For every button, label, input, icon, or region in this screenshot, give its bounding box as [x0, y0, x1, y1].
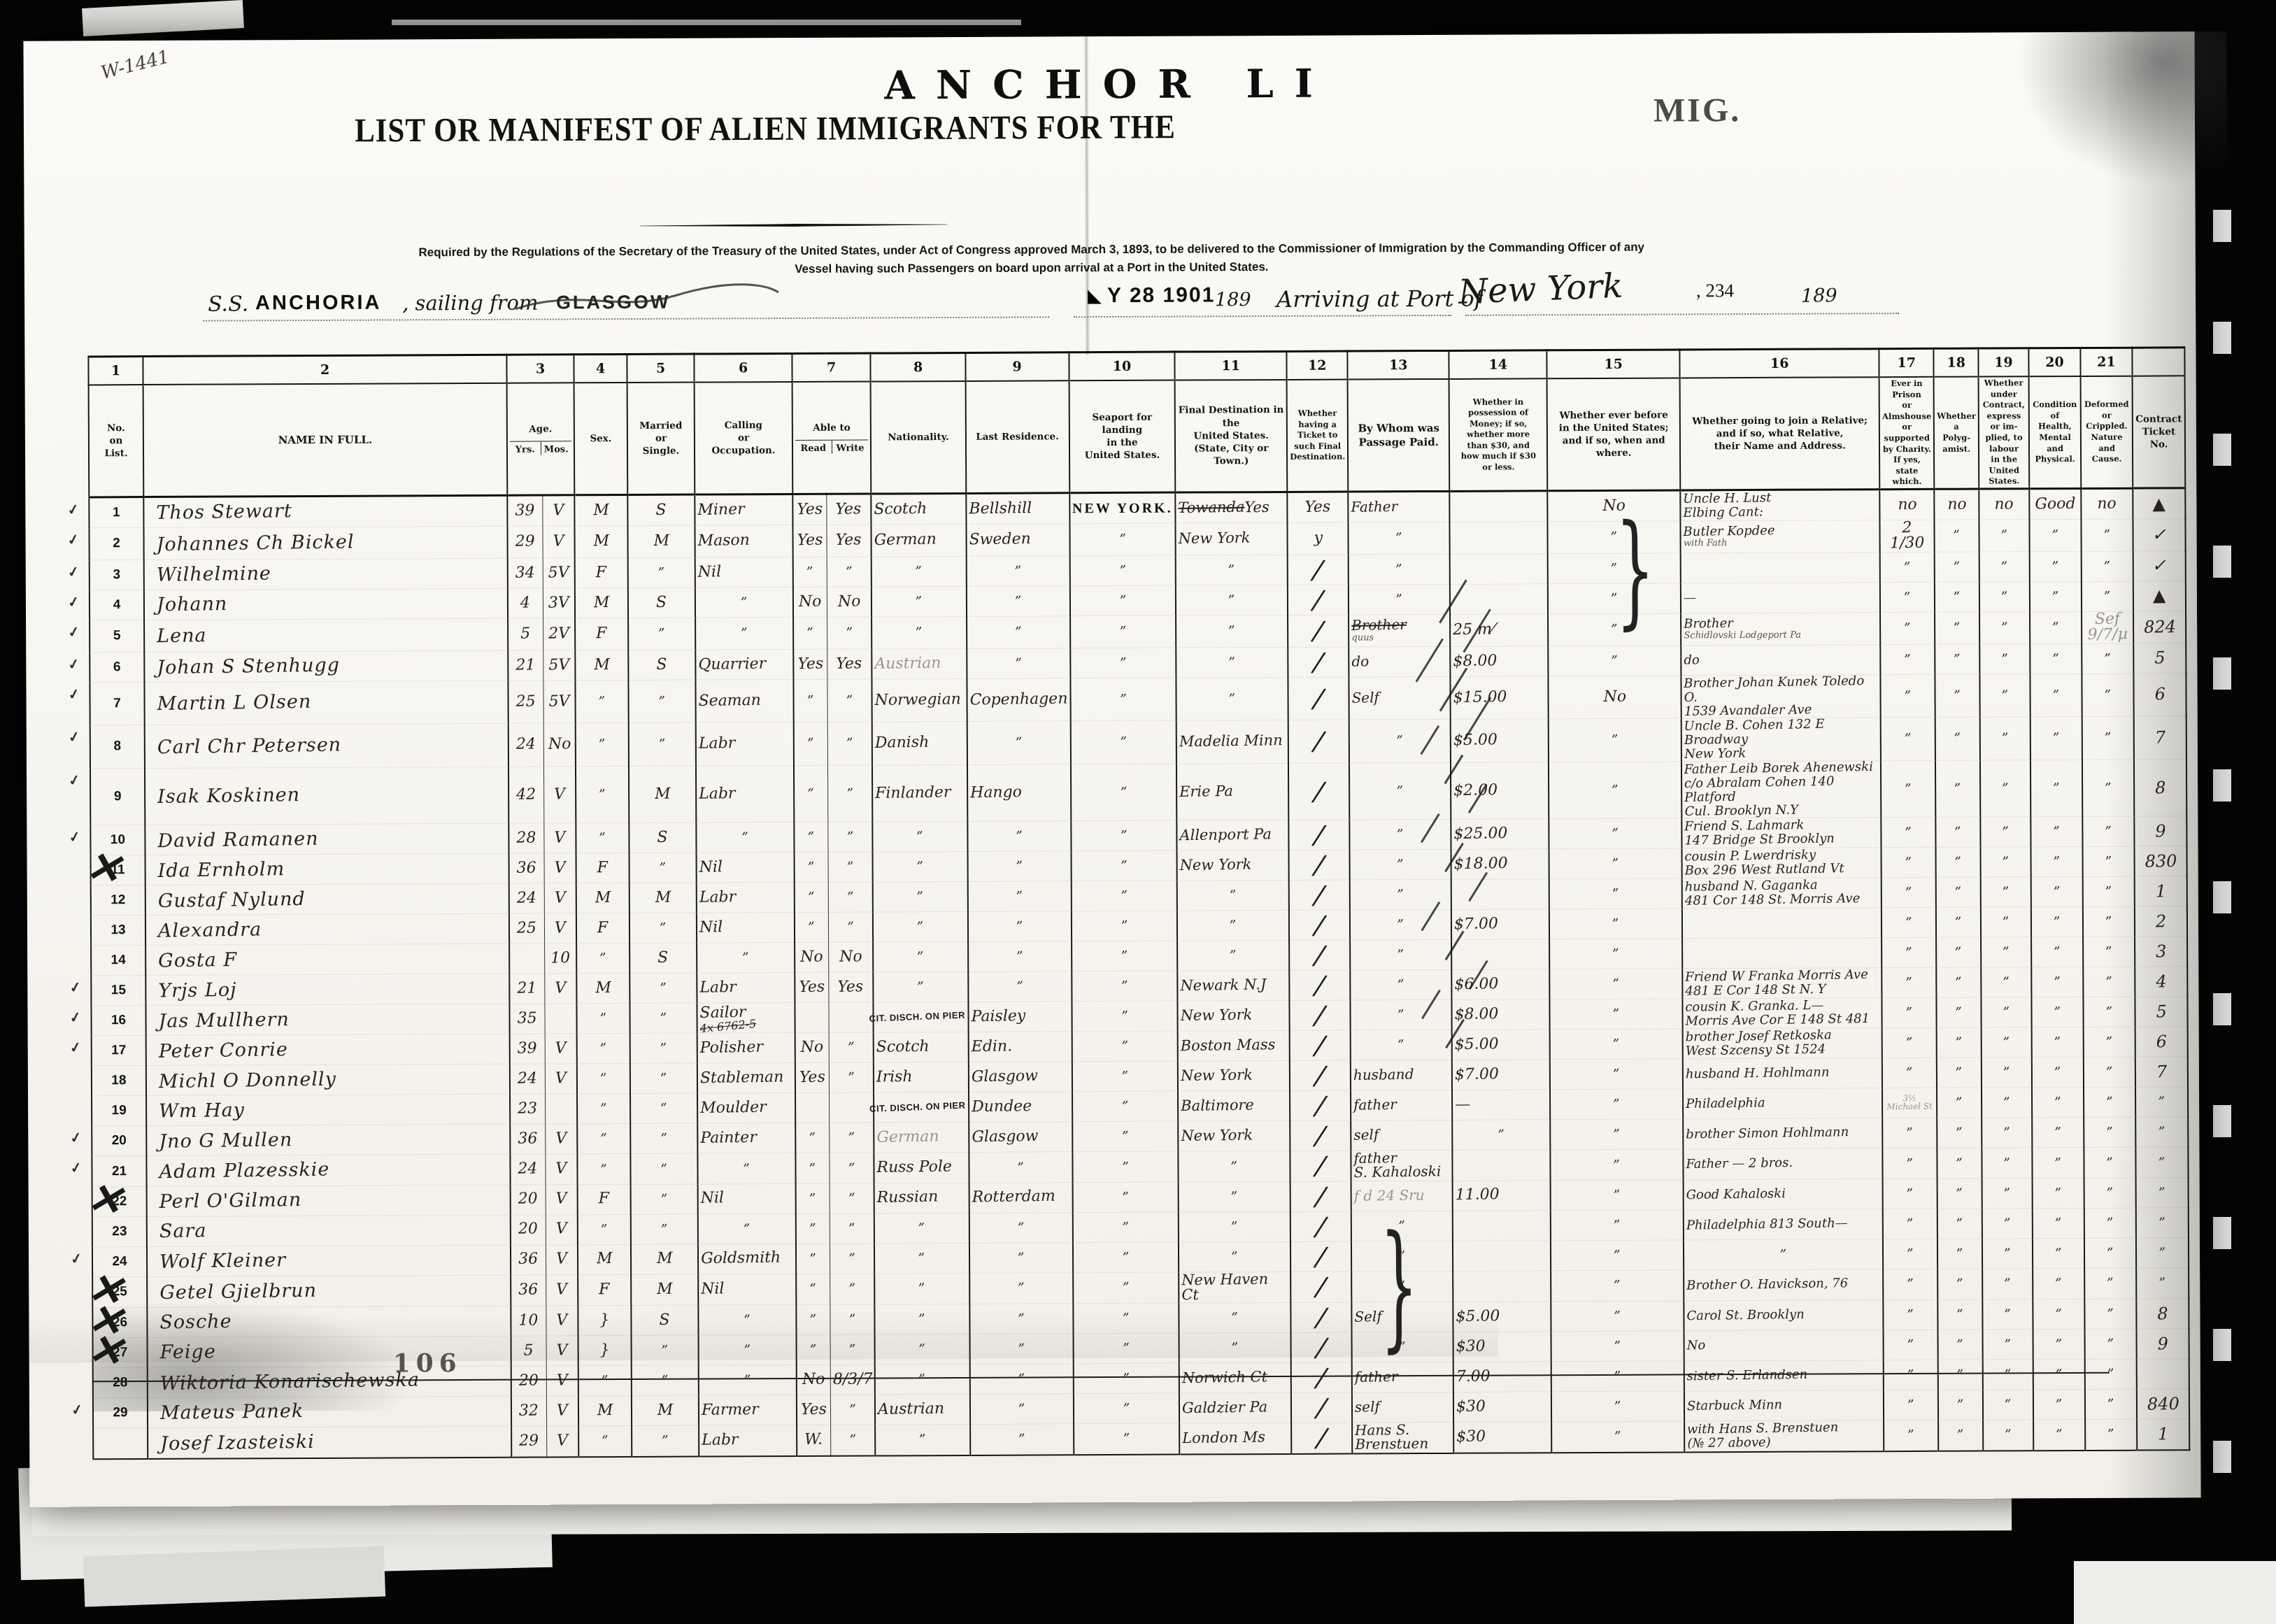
cell-money: $8.00: [1452, 999, 1550, 1030]
handwritten-entry: 1: [2156, 883, 2167, 900]
ditto-mark: ”: [2034, 1033, 2081, 1052]
handwritten-entry: Austrian: [878, 1401, 944, 1418]
cell-dest: New York: [1176, 522, 1288, 555]
cell-health: ”: [2030, 643, 2082, 674]
cell-name: Carl Chr Petersen: [145, 723, 508, 768]
cell-contract: ”: [1982, 1118, 2032, 1148]
handwritten-entry: self: [1353, 1127, 1379, 1142]
column-number: 18: [1934, 348, 1979, 377]
cell-name: Martin L Olsen: [144, 681, 508, 725]
ditto-mark: ”: [798, 1281, 827, 1298]
cell-ms: ”: [632, 1365, 699, 1395]
handwritten-entry: $30: [1456, 1399, 1486, 1415]
handwritten-entry: Gosta F: [158, 950, 237, 970]
handwritten-entry: Alexandra: [158, 920, 262, 941]
handwritten-entry: Miner: [697, 502, 745, 518]
ticket-check-stroke: /: [1290, 585, 1347, 615]
cell-dest: Baltimore: [1178, 1091, 1290, 1122]
cell-paid: Brotherquus: [1349, 614, 1450, 647]
cell-t12: /: [1290, 1241, 1351, 1272]
ditto-mark: ”: [2035, 1425, 2082, 1444]
ditto-mark: ”: [1352, 780, 1449, 802]
margin-check-mark: ✓: [69, 1249, 84, 1269]
ditto-mark: ”: [1982, 557, 2027, 576]
ditto-mark: ”: [1940, 1154, 1979, 1172]
cell-before: ”: [1549, 818, 1682, 849]
cell-mos: V: [546, 1185, 578, 1215]
cell-before: ”: [1551, 1240, 1684, 1271]
cell-poly: ”: [1936, 937, 1981, 967]
ditto-mark: ”: [1886, 1426, 1937, 1445]
ditto-mark: ”: [698, 622, 791, 645]
handwritten-entry: Russian: [877, 1190, 939, 1206]
cell-poly: ”: [1935, 520, 1979, 552]
ditto-mark: ”: [970, 885, 1069, 908]
ditto-mark: ”: [798, 1160, 827, 1177]
column-header: Deformed or Crippled. Nature and Cause.: [2081, 376, 2133, 489]
cell-def: ”: [2082, 551, 2133, 581]
cell-res: Glasgow: [969, 1062, 1072, 1092]
ditto-mark: ”: [1883, 619, 1933, 638]
cell-mos: V: [545, 1034, 577, 1064]
ditto-mark: ”: [2086, 1153, 2133, 1172]
handwritten-entry: New York: [1179, 531, 1251, 547]
cell-tick: 8: [2136, 1299, 2189, 1329]
ditto-mark: ”: [2035, 1213, 2082, 1232]
cell-sex: M: [574, 495, 627, 526]
handwritten-entry: Johannes Ch Bickel: [156, 532, 354, 555]
column-number: 3: [506, 355, 574, 383]
ditto-mark: ”: [2087, 1304, 2134, 1323]
handwritten-entry: 8: [2157, 1305, 2168, 1323]
ticket-check-stroke: /: [1291, 881, 1349, 910]
cell-yrs: 5: [508, 618, 543, 650]
column-number: 11: [1175, 351, 1287, 380]
handwritten-entry: 7: [2156, 1063, 2168, 1081]
cell-res: ”: [967, 821, 1071, 852]
cell-t12: /: [1291, 1423, 1352, 1453]
cell-prison: ”: [1884, 1360, 1938, 1390]
handwritten-entry: Brother: [1351, 618, 1407, 633]
cell-contract: ”: [1982, 1299, 2033, 1330]
cell-t12: /: [1288, 763, 1349, 820]
ditto-mark: ”: [1351, 558, 1447, 580]
ditto-mark: ”: [630, 624, 692, 643]
cell-no: [93, 1428, 148, 1459]
margin-check-mark: ✓: [66, 655, 81, 674]
cell-poly: ”: [1938, 1269, 1983, 1300]
handwritten-entry: 5V: [548, 694, 569, 710]
ditto-mark: ”: [1886, 1396, 1937, 1415]
cell-wr: ”: [830, 1213, 875, 1244]
cell-ms: M: [632, 1395, 699, 1425]
cell-sea: ”: [1070, 720, 1176, 764]
column-label: Sex.: [577, 432, 625, 446]
cell-before: ”: [1551, 1210, 1684, 1241]
ditto-mark: ”: [1884, 853, 1934, 872]
ditto-mark: ”: [1885, 1124, 1935, 1143]
handwritten-entry: Thos Stewart: [156, 501, 292, 522]
cell-rel: husband N. Gaganka 481 Cor 148 St. Morri…: [1682, 878, 1882, 909]
cell-wr: ”: [829, 1153, 874, 1183]
ditto-mark: ”: [1940, 1336, 1980, 1354]
ditto-mark: ”: [796, 692, 825, 709]
cell-mos: 2V: [543, 618, 575, 650]
column-number: 7: [792, 353, 871, 382]
ditto-mark: ”: [579, 1009, 627, 1028]
cell-t12: /: [1288, 555, 1349, 585]
column-number: 4: [574, 355, 627, 383]
ditto-mark: ”: [1074, 1005, 1176, 1028]
cell-rd: ”: [794, 722, 827, 765]
ditto-mark: ”: [1940, 1306, 1980, 1324]
ditto-mark: ”: [1181, 1155, 1288, 1178]
ditto-mark: ”: [1178, 559, 1285, 582]
handwritten-entry: 24: [517, 891, 536, 907]
cell-mos: [545, 1094, 577, 1124]
cell-rd: ”: [795, 853, 828, 883]
handwritten-entry: No: [800, 950, 823, 966]
cell-contract: ”: [1981, 997, 2031, 1027]
column-number: 20: [2028, 348, 2080, 376]
handwritten-entry: Labr: [699, 890, 737, 906]
column-header: Ever in Prison or Almshouse or supported…: [1879, 377, 1935, 490]
cell-money: [1453, 1240, 1551, 1271]
cell-prison: ”: [1884, 1330, 1938, 1360]
cell-money: 25 m⁄: [1450, 614, 1548, 646]
ditto-mark: ”: [1937, 650, 1977, 668]
cell-money: [1451, 879, 1549, 910]
cell-health: Good: [2029, 488, 2081, 519]
cell-name: Sosche: [147, 1306, 511, 1337]
ditto-mark: ”: [1939, 974, 1979, 992]
ditto-mark: ”: [799, 1341, 828, 1359]
cell-sea: ”: [1072, 1031, 1178, 1062]
ditto-mark: ”: [2085, 822, 2132, 841]
ditto-mark: ”: [1939, 1034, 1979, 1052]
handwritten-entry: 9: [2157, 1335, 2168, 1353]
cell-def: no: [2081, 488, 2133, 519]
ditto-mark: ”: [632, 918, 694, 938]
ditto-mark: ”: [1883, 650, 1933, 669]
cell-sea: ”: [1070, 615, 1176, 648]
column-number: 19: [1978, 348, 2028, 377]
ditto-mark: ”: [1181, 1337, 1288, 1360]
cell-nat: ”: [872, 586, 967, 617]
ditto-mark: ”: [969, 732, 1068, 754]
cell-tick: ”: [2136, 1207, 2189, 1237]
ditto-mark: ”: [876, 946, 966, 968]
ditto-mark: ”: [2034, 1063, 2081, 1082]
cell-poly: ”: [1937, 1118, 1982, 1148]
ditto-mark: ”: [634, 1341, 696, 1360]
handwritten-entry: 21: [515, 657, 535, 674]
cell-rel: Butler Kopdeewith Fath: [1681, 520, 1880, 553]
handwritten-entry: Carl Chr Petersen: [157, 735, 342, 757]
cell-sex: ”: [575, 680, 628, 723]
cell-paid: father: [1352, 1362, 1453, 1392]
cell-res: Sweden: [966, 524, 1069, 557]
ditto-mark: ”: [1180, 944, 1287, 967]
ditto-mark: ”: [874, 590, 965, 612]
cell-poly: ”: [1937, 997, 1982, 1027]
cell-nat: Irish: [874, 1062, 969, 1093]
ditto-mark: ”: [795, 563, 825, 580]
film-mark: [2213, 657, 2231, 690]
cell-def: ”: [2084, 1178, 2136, 1208]
ditto-mark: ”: [1940, 1124, 1979, 1142]
ticket-check-stroke: /: [1293, 1211, 1350, 1241]
column-number: 14: [1449, 350, 1547, 379]
cell-no: 7✓: [90, 682, 144, 725]
cell-health: ”: [2030, 519, 2082, 551]
ditto-mark: ”: [579, 1039, 627, 1058]
cell-def: ”: [2084, 1057, 2135, 1087]
ditto-mark: ”: [877, 1309, 967, 1330]
cell-sex: M: [576, 974, 630, 1004]
ditto-mark: ”: [1180, 914, 1287, 937]
ticket-check-stroke: /: [1293, 1303, 1350, 1332]
cell-name: Sara: [147, 1215, 511, 1246]
cell-res: ”: [967, 881, 1071, 912]
cell-wr: ”: [828, 852, 874, 882]
cell-t12: /: [1290, 1060, 1351, 1090]
ditto-mark: ”: [1075, 1276, 1176, 1299]
cell-before: ”: [1551, 1421, 1684, 1453]
sub-columns: Yrs.Mos.: [510, 441, 571, 455]
ditto-mark: ”: [630, 562, 692, 582]
cell-wr: 8/3/7: [830, 1365, 876, 1395]
cell-def: ”: [2085, 1389, 2137, 1419]
cell-rel: [1682, 908, 1882, 939]
cell-res: ”: [969, 1304, 1073, 1334]
ditto-mark: ”: [2085, 913, 2132, 932]
cell-call: ”: [695, 587, 793, 618]
cell-sea: ”: [1073, 1272, 1179, 1304]
ditto-mark: ”: [1553, 1153, 1681, 1177]
cell-name: Yrjs Loj: [145, 974, 509, 1006]
ditto-mark: ”: [701, 1369, 794, 1392]
cell-t12: /: [1290, 1030, 1351, 1060]
cell-res: ”: [969, 1334, 1073, 1365]
cell-before: No: [1549, 676, 1681, 719]
handwritten-entry: Glasgow: [971, 1069, 1038, 1085]
ditto-mark: ”: [832, 1401, 873, 1419]
ditto-mark: ”: [1937, 558, 1977, 576]
cell-rel: Friend S. Lahmark 147 Bridge St Brooklyn: [1682, 818, 1882, 848]
cell-call: Labr: [696, 765, 794, 822]
cell-ms: ”: [630, 1033, 697, 1063]
handwritten-entry: 5: [524, 1343, 534, 1359]
cell-dest: New York: [1178, 1001, 1290, 1032]
handwritten-entry: M: [657, 1251, 673, 1267]
cell-before: ”: [1551, 1180, 1684, 1211]
cell-nat: CIT. DISCH. ON PIER: [874, 1092, 969, 1123]
cell-t12: /: [1288, 720, 1349, 763]
ditto-mark: ”: [1072, 528, 1174, 551]
cell-call: ”: [696, 822, 794, 853]
cell-contract: ”: [1979, 674, 2030, 718]
cell-contract: ”: [1981, 907, 2031, 937]
cell-tick: 824: [2133, 611, 2186, 643]
torn-paper-bit: [392, 20, 1021, 25]
ditto-mark: ”: [1984, 1214, 2030, 1233]
cell-wr: ”: [827, 679, 872, 722]
cell-dest: Newark N.J: [1178, 971, 1290, 1002]
ditto-mark: ”: [2085, 883, 2132, 902]
cell-tick: 1: [2137, 1419, 2189, 1450]
ditto-mark: ”: [1884, 974, 1935, 992]
ticket-check-stroke: /: [1291, 1031, 1349, 1060]
cell-res: Dundee: [969, 1092, 1072, 1123]
ditto-mark: ”: [1885, 1184, 1935, 1203]
cell-wr: ”: [829, 1123, 874, 1153]
ditto-mark: ”: [1982, 686, 2028, 705]
column-label: NAME IN FULL.: [146, 432, 504, 448]
handwritten-entry: M: [655, 890, 671, 906]
margin-check-mark: ✓: [66, 500, 80, 520]
handwritten-entry: Painter: [700, 1130, 757, 1147]
cell-sex: ”: [577, 1064, 630, 1094]
cell-rel: Father — 2 bros.: [1684, 1148, 1883, 1180]
cell-name: Alexandra: [145, 914, 509, 946]
ditto-mark: ”: [832, 1431, 873, 1449]
cell-money: —: [1452, 1090, 1550, 1120]
cell-nat: German: [872, 524, 967, 556]
cell-def: ”: [2082, 674, 2133, 717]
cell-rd: No: [797, 1365, 830, 1395]
column-header: Married or Single.: [627, 383, 695, 495]
cell-yrs: 28: [508, 823, 543, 853]
ditto-mark: ”: [2084, 685, 2131, 704]
cell-contract: ”: [1982, 1268, 2033, 1299]
handwritten-entry: M: [657, 1282, 673, 1298]
cell-t12: /: [1289, 940, 1350, 970]
ditto-mark: ”: [580, 1130, 628, 1148]
cell-yrs: 39: [507, 495, 542, 526]
handwritten-entry: F: [596, 565, 607, 581]
handwritten-entry: 34: [515, 565, 535, 581]
cell-contract: ”: [1979, 582, 2030, 612]
cell-paid: father S. Kahaloski: [1351, 1151, 1453, 1181]
ditto-mark: ”: [1552, 911, 1680, 936]
ditto-mark: ”: [1352, 853, 1449, 876]
cell-sea: ”: [1074, 1423, 1180, 1455]
cell-prison: ”: [1882, 878, 1936, 908]
handwritten-entry: —: [1455, 1097, 1470, 1113]
ditto-mark: ”: [1984, 1123, 2030, 1142]
ditto-mark: ”: [1455, 1124, 1548, 1146]
ditto-mark: ”: [580, 1160, 628, 1178]
handwritten-entry: M: [594, 595, 610, 611]
ditto-mark: ”: [1553, 1364, 1681, 1388]
cell-call: Nil: [695, 557, 793, 587]
column-label: By Whom was Passage Paid.: [1351, 421, 1446, 450]
handwritten-entry: 7: [2155, 729, 2166, 746]
handwritten-entry: Labr: [699, 786, 736, 802]
cell-t12: y: [1288, 522, 1349, 555]
cell-rd: ”: [793, 557, 827, 587]
cell-prison: ”: [1882, 818, 1936, 848]
ditto-mark: ”: [970, 855, 1069, 878]
handwritten-entry: sister S. Erlandsen: [1687, 1368, 1808, 1384]
cell-tick: 9: [2134, 816, 2186, 846]
cell-def: ”: [2084, 1208, 2136, 1238]
cell-wr: [828, 1002, 874, 1032]
cell-call: Polisher: [697, 1033, 795, 1064]
cell-yrs: 24: [508, 723, 543, 767]
cell-t12: /: [1288, 647, 1349, 677]
ditto-mark: ”: [1554, 1394, 1682, 1418]
cell-def: ”: [2083, 906, 2135, 936]
cell-money: 11.00: [1453, 1180, 1551, 1211]
cell-money: $5.00: [1452, 1030, 1550, 1060]
cell-contract: ”: [1979, 612, 2030, 644]
cell-rd: [795, 1003, 828, 1033]
cell-dest: ”: [1179, 1303, 1291, 1334]
cell-def: ”: [2082, 816, 2134, 846]
cell-mos: V: [544, 913, 576, 943]
column-number: 8: [871, 352, 966, 381]
ditto-mark: ”: [2033, 779, 2079, 798]
cell-tick: 840: [2137, 1389, 2189, 1419]
ditto-mark: ”: [829, 562, 869, 580]
cell-before: ”: [1550, 1059, 1683, 1090]
cell-t12: /: [1291, 1332, 1352, 1362]
cell-t12: /: [1290, 1120, 1351, 1151]
cell-before: No: [1548, 490, 1681, 522]
ditto-mark: ”: [877, 1339, 967, 1360]
ditto-mark: ”: [1553, 1274, 1681, 1298]
cell-health: ”: [2032, 1057, 2084, 1088]
ditto-mark: ”: [1075, 1216, 1176, 1239]
title-fragment: MIG.: [1653, 91, 1742, 130]
ditto-mark: ”: [1181, 1306, 1288, 1330]
cell-health: ”: [2031, 877, 2083, 907]
margin-check-mark: ✓: [67, 827, 82, 847]
ticket-check-stroke: /: [1293, 1393, 1351, 1423]
ditto-mark: ”: [1076, 1427, 1177, 1451]
cell-tick: ▲: [2133, 581, 2186, 611]
ditto-mark: ”: [831, 1159, 872, 1177]
handwritten-entry: S: [657, 950, 668, 967]
handwritten-entry: 11.00: [1456, 1188, 1500, 1204]
ditto-mark: ”: [1886, 1306, 1936, 1325]
cell-rd: ”: [793, 617, 827, 649]
cell-health: ”: [2030, 611, 2082, 643]
ditto-mark: ”: [634, 1431, 696, 1451]
handwritten-entry: V: [557, 1403, 568, 1419]
handwritten-entry: F: [597, 920, 609, 936]
cell-health: ”: [2033, 1420, 2085, 1451]
ditto-mark: ”: [634, 1371, 696, 1390]
cell-def: ”: [2085, 1419, 2137, 1450]
handwritten-entry: Johan S Stenhugg: [157, 655, 340, 677]
film-mark: [2213, 881, 2231, 913]
column-label: Age.: [510, 422, 571, 436]
ditto-mark: ”: [875, 856, 965, 878]
column-number: 5: [627, 354, 694, 383]
cell-no: 4✓: [90, 590, 144, 620]
cell-money: $7.00: [1452, 1060, 1550, 1090]
handwritten-entry: Peter Conrie: [159, 1040, 288, 1061]
fill-in-line: [203, 316, 1049, 321]
sheet-number-stamp: 106: [393, 1348, 462, 1378]
ditto-mark: ”: [1884, 779, 1934, 798]
cell-poly: ”: [1937, 1057, 1982, 1088]
cell-def: ”: [2083, 876, 2135, 906]
cell-res: Paisley: [968, 1002, 1072, 1032]
